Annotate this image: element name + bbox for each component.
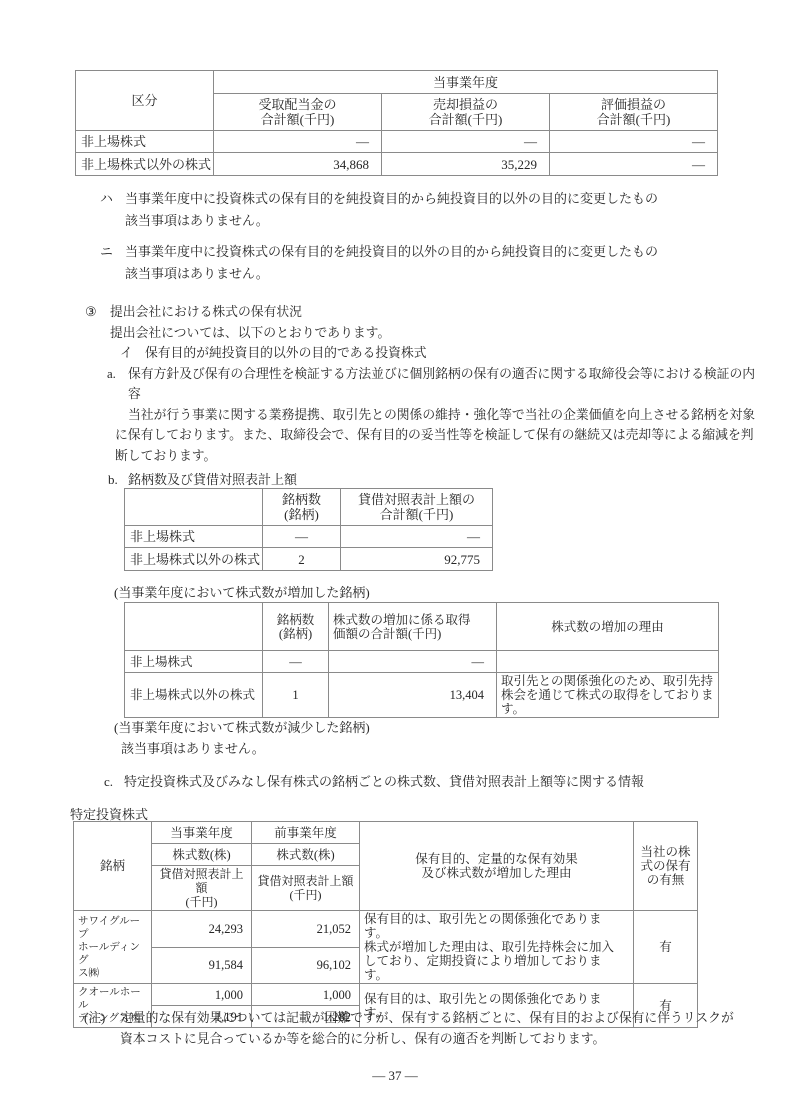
cell-amount: 92,775 (341, 548, 493, 571)
header-bs-prior: 貸借対照表計上額 (千円) (252, 866, 360, 911)
item-ni-title: 当事業年度中に投資株式の保有目的を純投資目的以外の目的から純投資目的に変更したも… (125, 242, 658, 263)
row-label-unlisted: 非上場株式 (125, 526, 263, 548)
cell-mutual-holding: 有 (634, 911, 698, 984)
cell-shares-prior: 21,052 (252, 911, 360, 948)
cell-amount: — (341, 526, 493, 548)
header-bs-amount: 貸借対照表計上額の 合計額(千円) (341, 489, 493, 526)
cell-shares-current: 24,293 (152, 911, 252, 948)
header-issue-count: 銘柄数 (銘柄) (263, 603, 329, 651)
specified-stock-table: 銘柄 当事業年度 前事業年度 保有目的、定量的な保有効果 及び株式数が増加した理… (73, 821, 698, 1028)
row-label-other-than-unlisted: 非上場株式以外の株式 (76, 153, 214, 176)
cell-reason (497, 651, 719, 673)
item-ha: ハ 当事業年度中に投資株式の保有目的を純投資目的から純投資目的以外の目的に変更し… (100, 189, 658, 231)
page-number: — 37 — (0, 1068, 790, 1084)
cell-count: — (263, 651, 329, 673)
cell-value: — (382, 131, 550, 153)
header-mutual-holding: 当社の株 式の保有 の有無 (634, 822, 698, 911)
header-acquisition-cost: 株式数の増加に係る取得 価額の合計額(千円) (329, 603, 497, 651)
item-ha-body: 該当事項はありません。 (100, 210, 658, 231)
cell-value: — (550, 131, 718, 153)
cell-value: — (214, 131, 382, 153)
header-gain-loss-on-sale: 売却損益の 合計額(千円) (382, 94, 550, 131)
cell-count: 1 (263, 673, 329, 718)
sub-item-a-body: 当社が行う事業に関する業務提携、取引先との関係の維持・強化等で当社の企業価値を向… (85, 405, 755, 467)
cell-count: — (263, 526, 341, 548)
sub-item-i-marker: イ (120, 343, 145, 364)
section-3: ③ 提出会社における株式の保有状況 提出会社については、以下のとおりであります。… (85, 302, 755, 466)
cell-amount: — (329, 651, 497, 673)
sub-item-i-title: 保有目的が純投資目的以外の目的である投資株式 (145, 343, 427, 364)
increase-caption: (当事業年度において株式数が増加した銘柄) (114, 584, 370, 602)
row-label-other-than-unlisted: 非上場株式以外の株式 (125, 673, 263, 718)
dividend-summary-table: 区分 当事業年度 受取配当金の 合計額(千円) 売却損益の 合計額(千円) 評価… (75, 70, 718, 176)
decrease-body: 該当事項はありません。 (114, 739, 370, 760)
header-brand: 銘柄 (74, 822, 152, 911)
cell-amount: 13,404 (329, 673, 497, 718)
cell-value: — (550, 153, 718, 176)
header-dividends-received: 受取配当金の 合計額(千円) (214, 94, 382, 131)
item-ha-marker: ハ (100, 189, 125, 210)
header-bs-current: 貸借対照表計上額 (千円) (152, 866, 252, 911)
holdings-count-table: 銘柄数 (銘柄) 貸借対照表計上額の 合計額(千円) 非上場株式 — — 非上場… (124, 488, 493, 571)
row-label-unlisted: 非上場株式 (125, 651, 263, 673)
header-empty (125, 603, 263, 651)
header-valuation-gain-loss: 評価損益の 合計額(千円) (550, 94, 718, 131)
cell-purpose: 保有目的は、取引先との関係強化でありま す。 株式が増加した理由は、取引先持株会… (360, 911, 634, 984)
header-empty (125, 489, 263, 526)
cell-value: 35,229 (382, 153, 550, 176)
document-page: 区分 当事業年度 受取配当金の 合計額(千円) 売却損益の 合計額(千円) 評価… (0, 0, 790, 1118)
header-shares-prior: 株式数(株) (252, 844, 360, 866)
cell-value: 34,868 (214, 153, 382, 176)
header-issue-count: 銘柄数 (銘柄) (263, 489, 341, 526)
sub-item-a-marker: a. (107, 364, 128, 385)
cell-bs-prior: 96,102 (252, 947, 360, 984)
section-c-title-row: c. 特定投資株式及びみなし保有株式の銘柄ごとの株式数、貸借対照表計上額等に関す… (104, 772, 644, 793)
header-current-fiscal-year: 当事業年度 (152, 822, 252, 844)
cell-shares-prior: 1,000 (252, 984, 360, 1006)
note-text: 定量的な保有効果については記載が困難ですが、保有する銘柄ごとに、保有目的および保… (120, 1008, 734, 1049)
header-increase-reason: 株式数の増加の理由 (497, 603, 719, 651)
cell-reason: 取引先との関係強化のため、取引先持 株会を通じて株式の取得をしておりま す。 (497, 673, 719, 718)
item-ni-body: 該当事項はありません。 (100, 263, 658, 284)
item-ha-title: 当事業年度中に投資株式の保有目的を純投資目的から純投資目的以外の目的に変更したも… (125, 189, 658, 210)
header-prior-fiscal-year: 前事業年度 (252, 822, 360, 844)
section-c-title: 特定投資株式及びみなし保有株式の銘柄ごとの株式数、貸借対照表計上額等に関する情報 (124, 772, 644, 793)
header-category: 区分 (76, 71, 214, 131)
item-ni: ニ 当事業年度中に投資株式の保有目的を純投資目的以外の目的から純投資目的に変更し… (100, 242, 658, 284)
section-3-title: 提出会社における株式の保有状況 (110, 302, 302, 323)
cell-bs-current: 91,584 (152, 947, 252, 984)
row-label-other-than-unlisted: 非上場株式以外の株式 (125, 548, 263, 571)
section-3-intro: 提出会社については、以下のとおりであります。 (85, 323, 755, 344)
cell-brand-name: サワイグループ ホールディング ス㈱ (74, 911, 152, 984)
decrease-caption: (当事業年度において株式数が減少した銘柄) (114, 718, 370, 739)
cell-count: 2 (263, 548, 341, 571)
note-marker: (注) (84, 1008, 120, 1049)
header-shares-current: 株式数(株) (152, 844, 252, 866)
cell-shares-current: 1,000 (152, 984, 252, 1006)
header-current-fiscal-year: 当事業年度 (214, 71, 718, 94)
item-ni-marker: ニ (100, 242, 125, 263)
sub-item-a-title: 保有方針及び保有の合理性を検証する方法並びに個別銘柄の保有の適否に関する取締役会… (128, 364, 755, 405)
row-label-unlisted: 非上場株式 (76, 131, 214, 153)
decrease-block: (当事業年度において株式数が減少した銘柄) 該当事項はありません。 (114, 718, 370, 759)
section-c-marker: c. (104, 772, 124, 793)
header-purpose: 保有目的、定量的な保有効果 及び株式数が増加した理由 (360, 822, 634, 911)
increased-issues-table: 銘柄数 (銘柄) 株式数の増加に係る取得 価額の合計額(千円) 株式数の増加の理… (124, 602, 719, 718)
section-3-marker: ③ (85, 302, 110, 323)
note-block: (注) 定量的な保有効果については記載が困難ですが、保有する銘柄ごとに、保有目的… (84, 1008, 734, 1049)
